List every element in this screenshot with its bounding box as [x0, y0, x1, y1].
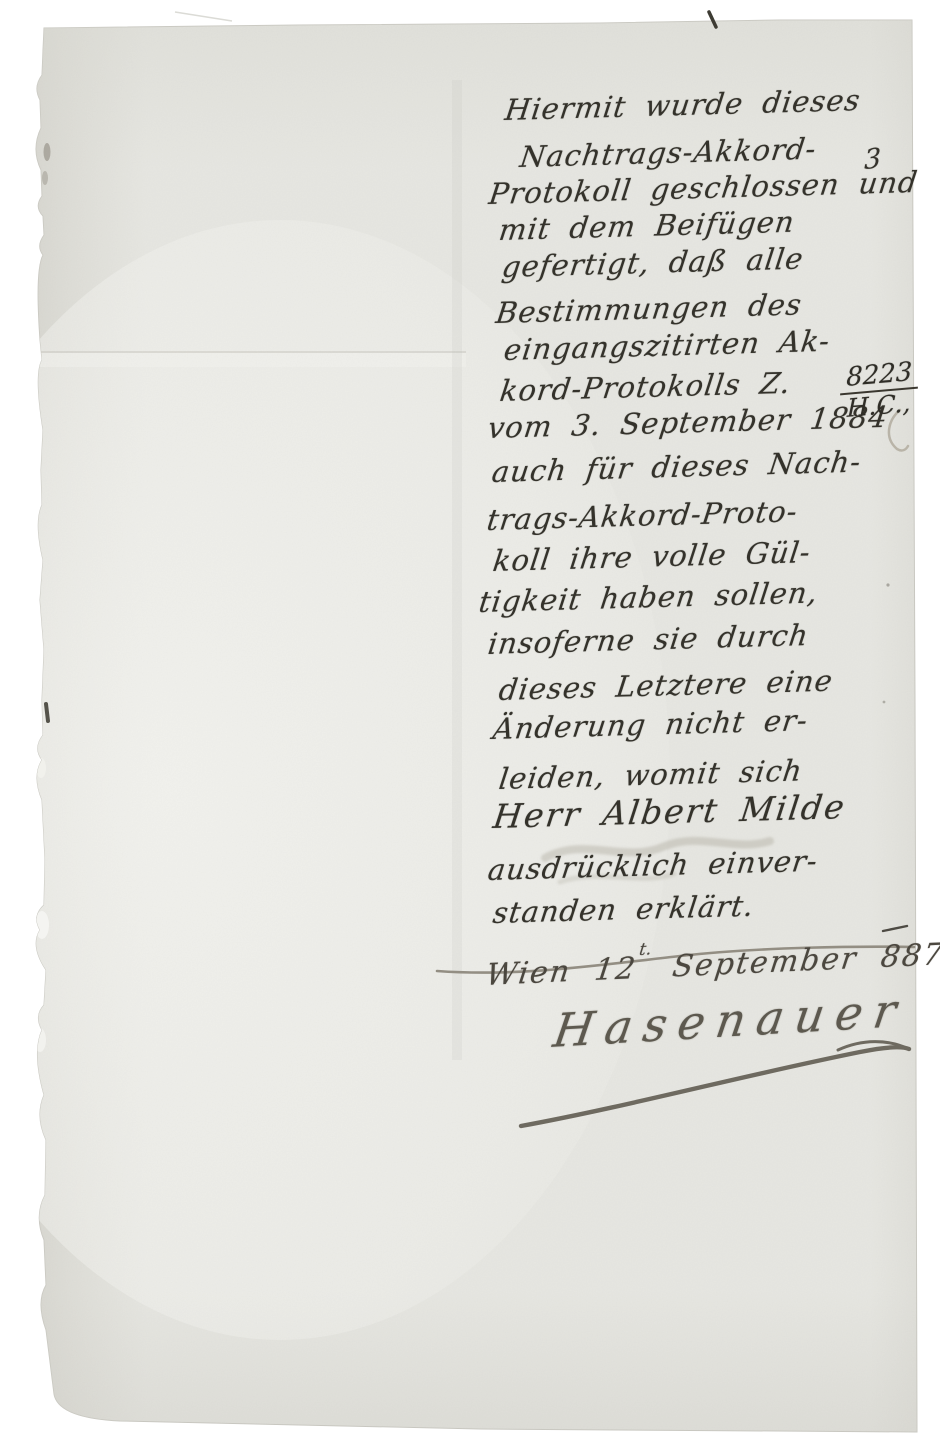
left-edge-ink-dash	[46, 704, 48, 721]
tear-highlight	[34, 1028, 46, 1052]
paper-shading	[0, 14, 925, 1444]
left-edge-smudge	[42, 171, 48, 185]
scratch-line	[175, 12, 232, 21]
left-edge-smudge	[44, 143, 51, 161]
speck	[883, 701, 886, 704]
scanned-document: Hiermit wurde dieses Nachtrags-Akkord- P…	[0, 0, 940, 1455]
speck	[886, 583, 889, 586]
paper-sheet	[0, 0, 940, 1455]
